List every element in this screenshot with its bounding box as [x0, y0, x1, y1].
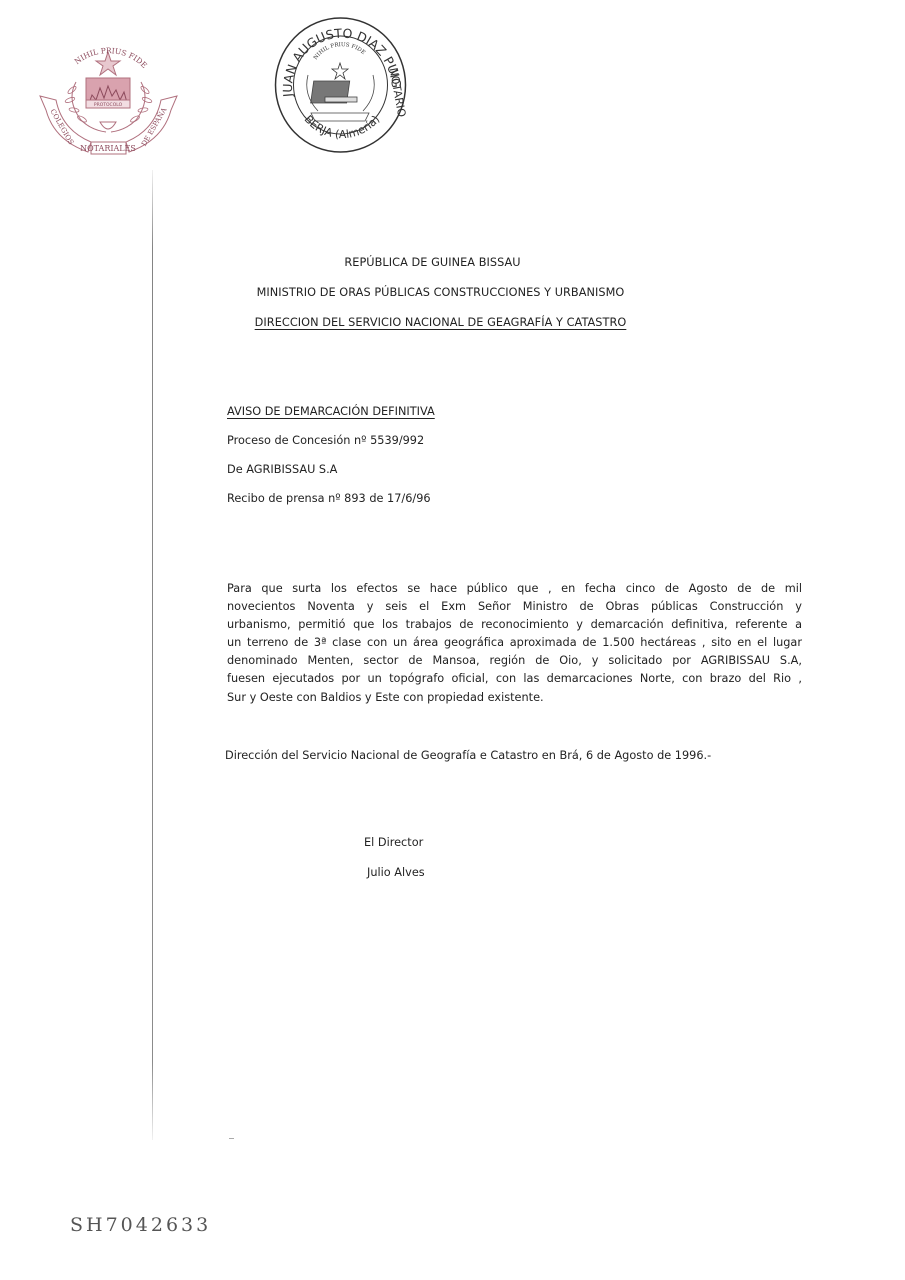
- body-line: urbanismo, permitió que los trabajos de …: [227, 616, 802, 634]
- signatory-role: El Director: [364, 836, 423, 849]
- body-line: Para que surta los efectos se hace públi…: [227, 580, 802, 598]
- company-name: De AGRIBISSAU S.A: [227, 463, 337, 476]
- svg-text:DE ESPAÑA: DE ESPAÑA: [139, 105, 169, 148]
- notary-stamp: JUAN AUGUSTO DIAZ PUIG NOTARIO BERJA (Al…: [273, 15, 408, 155]
- svg-text:BERJA (Almería): BERJA (Almería): [302, 113, 383, 141]
- colegios-notariales-seal: NIHIL PRIUS FIDE NOTARIALES COLEGIOS DE …: [36, 40, 181, 160]
- ministry-heading: MINISTRIO DE ORAS PÚBLICAS CONSTRUCCIONE…: [0, 286, 893, 299]
- notice-body: Para que surta los efectos se hace públi…: [227, 580, 802, 707]
- place-and-date: Dirección del Servicio Nacional de Geogr…: [225, 749, 711, 762]
- press-receipt: Recibo de prensa nº 893 de 17/6/96: [227, 492, 431, 505]
- notarial-emblem-icon: NIHIL PRIUS FIDE NOTARIALES COLEGIOS DE …: [36, 40, 181, 160]
- notice-title: AVISO DE DEMARCACIÓN DEFINITIVA: [227, 405, 435, 418]
- notary-stamp-icon: JUAN AUGUSTO DIAZ PUIG NOTARIO BERJA (Al…: [273, 15, 408, 155]
- signatory-name: Julio Alves: [367, 866, 425, 879]
- body-line: novecientos Noventa y seis el Exm Señor …: [227, 598, 802, 616]
- body-line: denominado Menten, sector de Mansoa, reg…: [227, 652, 802, 670]
- body-line: Sur y Oeste con Baldios y Este con propi…: [227, 689, 802, 707]
- country-heading: REPÚBLICA DE GUINEA BISSAU: [0, 256, 885, 269]
- directorate-heading: DIRECCION DEL SERVICIO NACIONAL DE GEAGR…: [0, 316, 893, 329]
- scan-mark: [229, 1138, 234, 1139]
- body-line: fuesen ejecutados por un topógrafo ofici…: [227, 670, 802, 688]
- process-number: Proceso de Concesión nº 5539/992: [227, 434, 424, 447]
- serial-number: SH7042633: [70, 1214, 211, 1236]
- body-line: un terreno de 3ª clase con un área geogr…: [227, 634, 802, 652]
- svg-text:COLEGIOS: COLEGIOS: [48, 108, 75, 147]
- svg-text:PROTOCOLO: PROTOCOLO: [94, 102, 123, 108]
- svg-text:NOTARIALES: NOTARIALES: [80, 144, 136, 153]
